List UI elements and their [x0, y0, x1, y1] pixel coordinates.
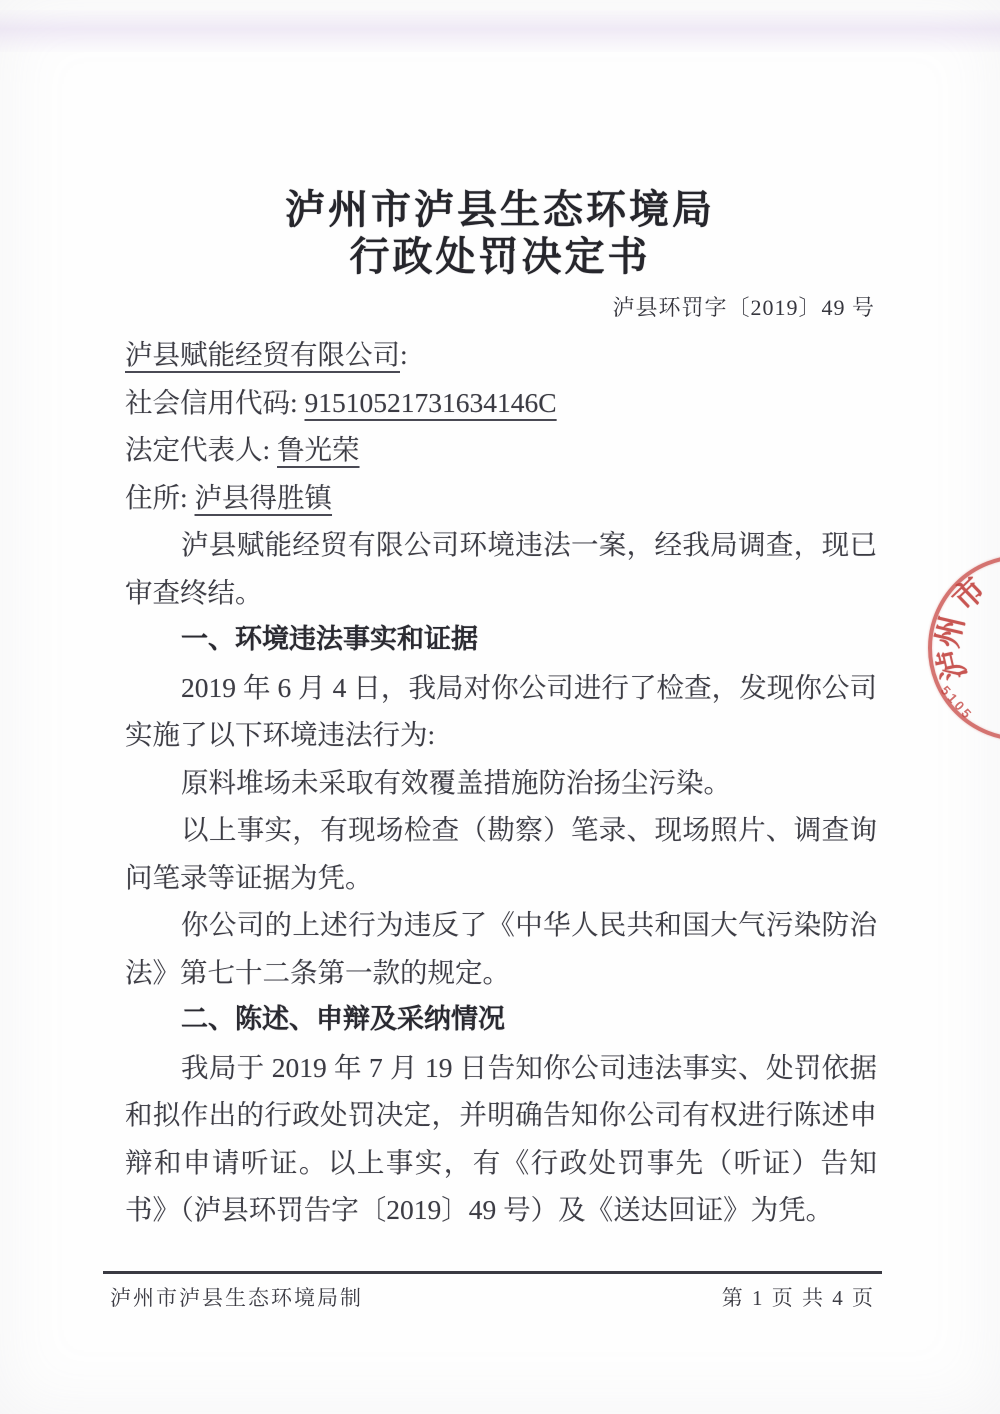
body-paragraph: 原料堆场未采取有效覆盖措施防治扬尘污染。: [125, 759, 877, 807]
document-title-line2: 行政处罚决定书: [0, 233, 1000, 280]
seal-character: 泸: [924, 645, 975, 685]
document-title-line1: 泸州市泸县生态环境局: [0, 186, 1000, 233]
body-paragraph: 我局于 2019 年 7 月 19 日告知你公司违法事实、处罚依据和拟作出的行政…: [125, 1044, 877, 1234]
credit-code-line: 社会信用代码: 91510521731634146C: [125, 379, 877, 427]
seal-code-digits: 5105: [938, 683, 977, 723]
address-label: 住所:: [125, 482, 195, 513]
footer-page-indicator: 第 1 页 共 4 页: [722, 1283, 875, 1313]
page-footer: 泸州市泸县生态环境局制 第 1 页 共 4 页: [110, 1283, 875, 1313]
document-title: 泸州市泸县生态环境局 行政处罚决定书: [0, 186, 1000, 280]
section-heading-1: 一、环境违法事实和证据: [125, 616, 877, 664]
legal-rep-value: 鲁光荣: [277, 434, 360, 465]
footer-issuer: 泸州市泸县生态环境局制: [110, 1283, 363, 1313]
seal-circle: [928, 555, 1000, 741]
address-value: 泸县得胜镇: [195, 482, 333, 513]
scan-artifact-tint: [0, 10, 1000, 52]
credit-code-label: 社会信用代码:: [125, 387, 305, 418]
document-body: 泸县赋能经贸有限公司: 社会信用代码: 91510521731634146C 法…: [125, 331, 877, 1234]
footer-rule: [103, 1271, 882, 1274]
address-line: 住所: 泸县得胜镇: [125, 474, 877, 522]
credit-code-value: 91510521731634146C: [305, 387, 557, 418]
body-paragraph: 你公司的上述行为违反了《中华人民共和国大气污染防治法》第七十二条第一款的规定。: [125, 901, 877, 996]
body-paragraph: 以上事实，有现场检查（勘察）笔录、现场照片、调查询问笔录等证据为凭。: [125, 806, 877, 901]
recipient-company-line: 泸县赋能经贸有限公司:: [125, 331, 877, 379]
scanned-document-page: 泸州市泸县生态环境局 行政处罚决定书 泸县环罚字〔2019〕49 号 泸县赋能经…: [0, 0, 1000, 1414]
seal-character: 市: [940, 565, 994, 619]
recipient-company-name: 泸县赋能经贸有限公司: [125, 339, 400, 370]
body-paragraph: 泸县赋能经贸有限公司环境违法一案，经我局调查，现已审查终结。: [125, 521, 877, 616]
legal-rep-line: 法定代表人: 鲁光荣: [125, 426, 877, 474]
recipient-company-colon: :: [400, 339, 408, 370]
seal-character: 州: [922, 611, 973, 651]
document-number: 泸县环罚字〔2019〕49 号: [612, 294, 875, 322]
body-paragraph: 2019 年 6 月 4 日，我局对你公司进行了检查，发现你公司实施了以下环境违…: [125, 664, 877, 759]
legal-rep-label: 法定代表人:: [125, 434, 277, 465]
section-heading-2: 二、陈述、申辩及采纳情况: [125, 996, 877, 1044]
